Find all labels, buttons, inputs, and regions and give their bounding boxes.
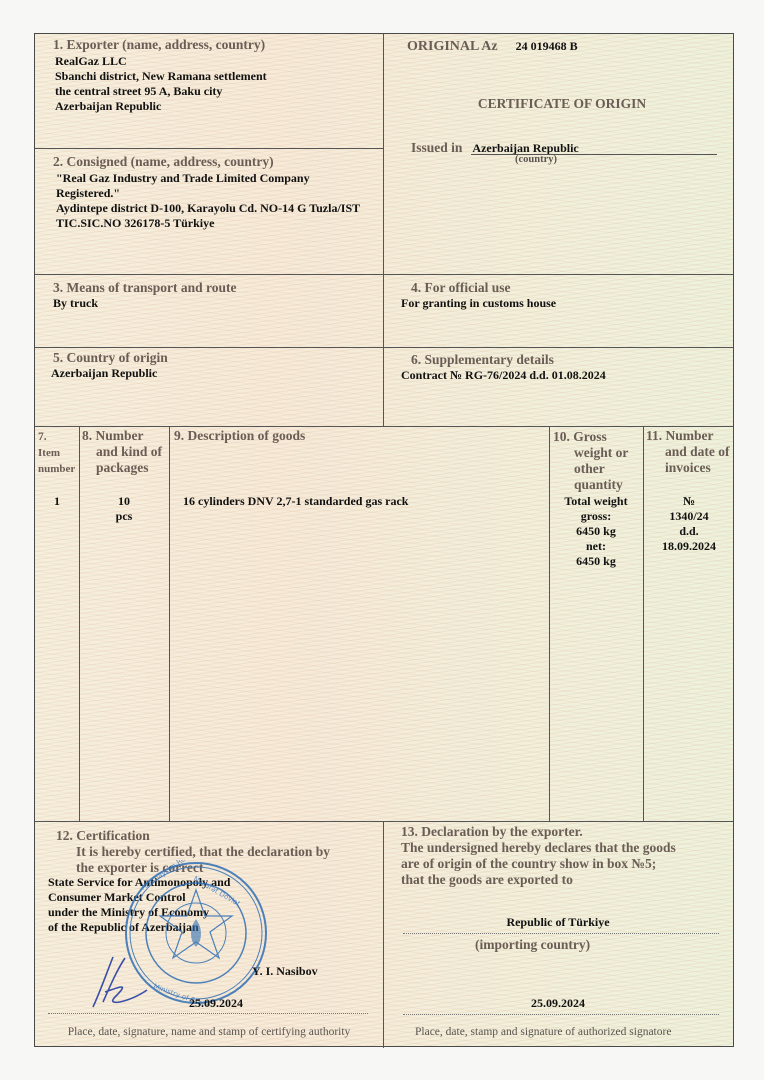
divider [35,426,733,427]
consignee-label: 2. Consigned (name, address, country) [53,154,381,170]
row-invoice: № 1340/24 d.d. 18.09.2024 [643,494,735,554]
issued-in-label: Issued in [411,140,462,155]
importing-country-caption: (importing country) [475,937,590,953]
certification-caption: Place, date, signature, name and stamp o… [35,1026,383,1038]
exporter-line: RealGaz LLC [55,54,378,69]
issued-in-underline [471,154,717,155]
divider [549,426,550,821]
divider [383,821,384,1048]
supplementary-value: Contract № RG-76/2024 d.d. 01.08.2024 [401,368,726,383]
divider [35,821,733,822]
consignee-line: "Real Gaz Industry and Trade Limited Com… [56,171,381,186]
transport-value: By truck [53,296,378,311]
exporter-line: Sbanchi district, New Ramana settlement [55,69,378,84]
divider [79,426,80,821]
header-item-number: 7. Item number [38,429,78,477]
original-label: ORIGINAL Az [407,39,498,54]
certification-date: 25.09.2024 [189,996,243,1011]
declaration-text: that the goods are exported to [401,872,731,888]
transport-label: 3. Means of transport and route [53,280,378,296]
signatory-name: Y. I. Nasibov [252,964,318,979]
importing-country-value: Republic of Türkiye [383,915,733,930]
document-title: CERTIFICATE OF ORIGIN [407,96,717,112]
serial-number: 24 019468 B [516,39,578,53]
certificate-sheet: 1. Exporter (name, address, country) Rea… [34,33,734,1047]
declaration-date: 25.09.2024 [383,996,733,1011]
divider [169,426,170,821]
header-invoices: 11. Number and date of invoices [646,428,734,476]
declaration-label: 13. Declaration by the exporter. [401,824,731,840]
consignee-line: TIC.SIC.NO 326178-5 Türkiye [56,216,381,231]
box-transport: 3. Means of transport and route By truck [53,280,378,311]
certification-label: 12. Certification [56,828,381,844]
header-description: 9. Description of goods [174,428,544,444]
exporter-line: the central street 95 A, Baku city [55,84,378,99]
box-declaration: 13. Declaration by the exporter. The und… [401,824,731,888]
signature-icon [85,952,155,1012]
issued-in-value: Azerbaijan Republic [472,141,578,155]
divider [35,148,383,149]
official-use-label: 4. For official use [411,280,726,296]
certificate-header: ORIGINAL Az 24 019468 B CERTIFICATE OF O… [407,37,727,147]
row-description: 16 cylinders DNV 2,7-1 standarded gas ra… [183,494,543,509]
country-of-origin-value: Azerbaijan Republic [51,366,378,381]
divider [35,347,733,348]
box-exporter: 1. Exporter (name, address, country) Rea… [53,37,378,114]
declaration-text: The undersigned hereby declares that the… [401,840,731,856]
box-official-use: 4. For official use For granting in cust… [401,280,726,311]
divider [383,34,384,426]
exporter-label: 1. Exporter (name, address, country) [53,37,378,53]
supplementary-label: 6. Supplementary details [411,352,726,368]
box-consignee: 2. Consigned (name, address, country) "R… [53,154,381,231]
divider [643,426,644,821]
box-supplementary: 6. Supplementary details Contract № RG-7… [401,352,726,383]
certification-text: It is hereby certified, that the declara… [76,844,381,860]
row-weight: Total weight gross: 6450 kg net: 6450 kg [549,494,643,569]
consignee-line: Registered." [56,186,381,201]
consignee-line: Aydintepe district D-100, Karayolu Cd. N… [56,201,381,216]
declaration-dotted-line [403,1014,719,1015]
declaration-caption: Place, date, stamp and signature of auth… [415,1026,725,1038]
official-use-value: For granting in customs house [401,296,726,311]
declaration-text: are of origin of the country show in box… [401,856,731,872]
header-packages: 8. Number and kind of packages [82,428,168,476]
box-country-of-origin: 5. Country of origin Azerbaijan Republic [53,350,378,381]
header-gross-weight: 10. Gross weight or other quantity [553,429,641,493]
divider [35,274,733,275]
certification-dotted-line [48,1013,368,1014]
row-item-number: 1 [35,494,79,509]
issued-in-caption: (country) [515,154,557,165]
country-of-origin-label: 5. Country of origin [53,350,378,366]
row-packages: 10 pcs [79,494,169,524]
importing-country-dotted-line [403,933,719,934]
exporter-line: Azerbaijan Republic [55,99,378,114]
